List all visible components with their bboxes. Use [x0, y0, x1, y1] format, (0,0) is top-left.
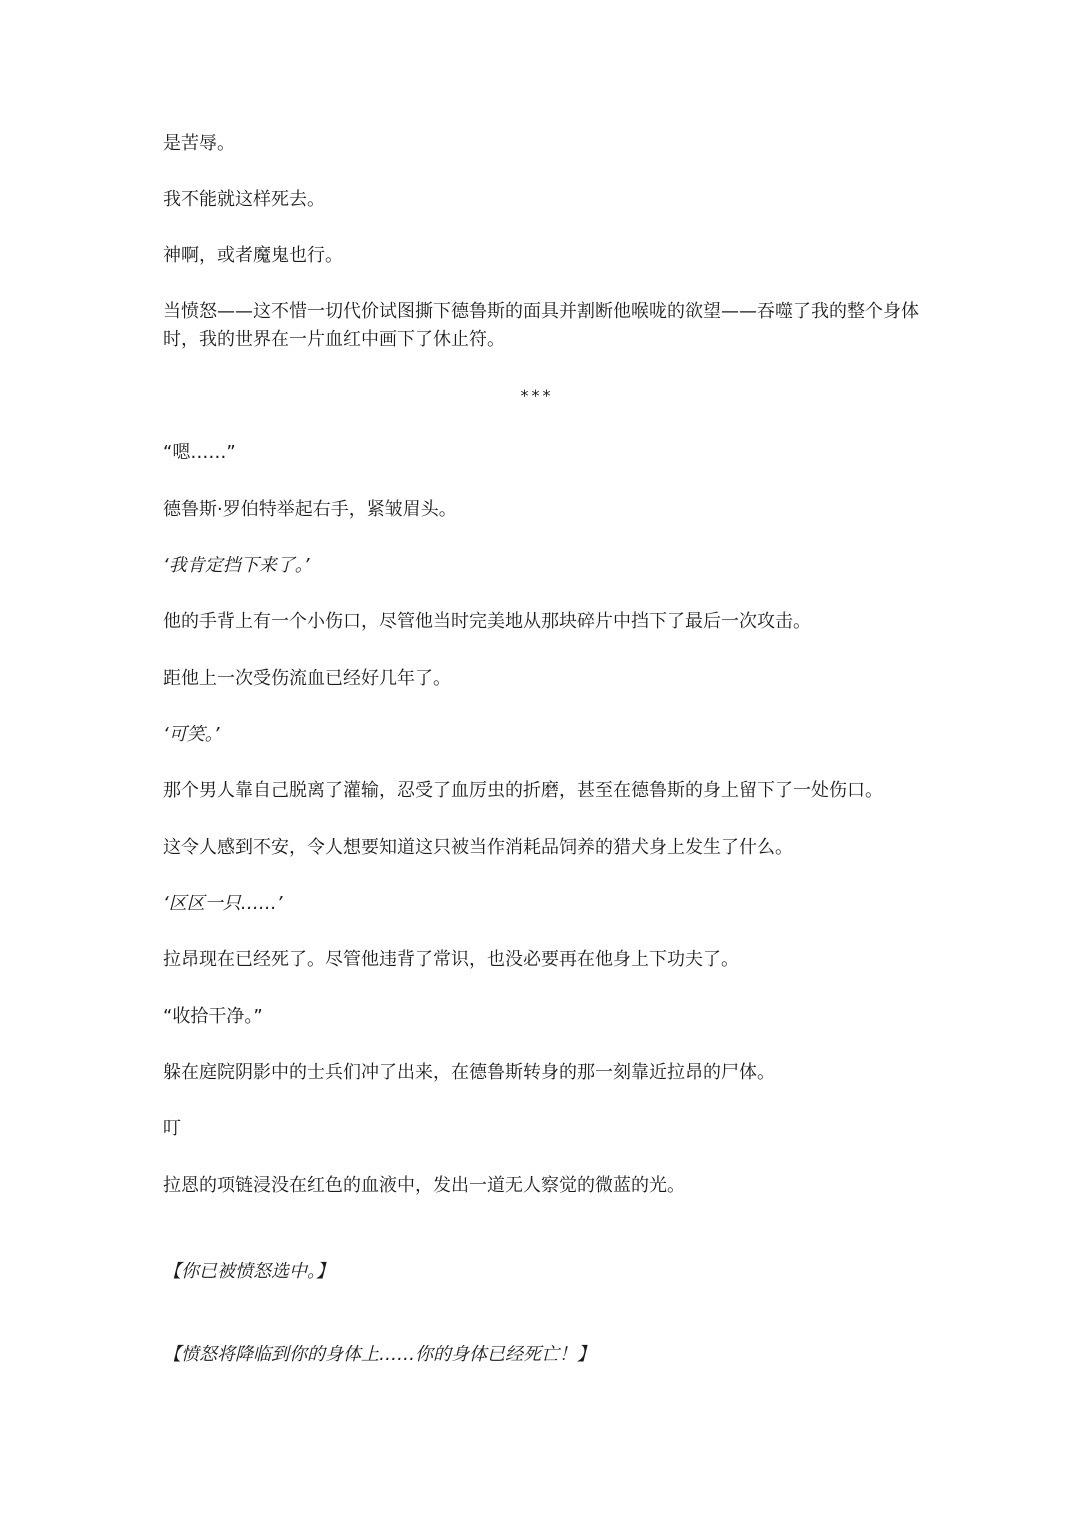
paragraph: 当愤怒——这不惜一切代价试图撕下德鲁斯的面具并割断他喉咙的欲望——吞噬了我的整个… [163, 298, 923, 354]
paragraph: 那个男人靠自己脱离了灌输，忍受了血厉虫的折磨，甚至在德鲁斯的身上留下了一处伤口。 [163, 777, 923, 805]
paragraph: 躲在庭院阴影中的士兵们冲了出来，在德鲁斯转身的那一刻靠近拉昂的尸体。 [163, 1059, 923, 1087]
paragraph: 距他上一次受伤流血已经好几年了。 [163, 665, 923, 693]
inner-thought: ‘区区一只……’ [163, 890, 923, 918]
dialogue-line: “嗯……” [163, 439, 923, 467]
paragraph: 这令人感到不安，令人想要知道这只被当作消耗品饲养的猎犬身上发生了什么。 [163, 834, 923, 862]
inner-thought: ‘我肯定挡下来了。’ [163, 552, 923, 580]
system-message: 【愤怒将降临到你的身体上……你的身体已经死亡！】 [163, 1341, 923, 1369]
paragraph: 是苦辱。 [163, 130, 923, 158]
inner-thought: ‘可笑。’ [163, 721, 923, 749]
paragraph: 拉昂现在已经死了。尽管他违背了常识，也没必要再在他身上下功夫了。 [163, 946, 923, 974]
paragraph: 他的手背上有一个小伤口，尽管他当时完美地从那块碎片中挡下了最后一次攻击。 [163, 608, 923, 636]
document-page: 是苦辱。 我不能就这样死去。 神啊，或者魔鬼也行。 当愤怒——这不惜一切代价试图… [0, 0, 1074, 1519]
system-message: 【你已被愤怒选中。】 [163, 1258, 923, 1286]
paragraph: 拉恩的项链浸没在红色的血液中，发出一道无人察觉的微蓝的光。 [163, 1172, 923, 1200]
sound-effect: 叮 [163, 1115, 923, 1143]
paragraph: 德鲁斯·罗伯特举起右手，紧皱眉头。 [163, 496, 923, 524]
dialogue-line: “收拾干净。” [163, 1003, 923, 1031]
paragraph: 神啊，或者魔鬼也行。 [163, 242, 923, 270]
paragraph: 我不能就这样死去。 [163, 186, 923, 214]
scene-separator: *** [0, 386, 1074, 406]
